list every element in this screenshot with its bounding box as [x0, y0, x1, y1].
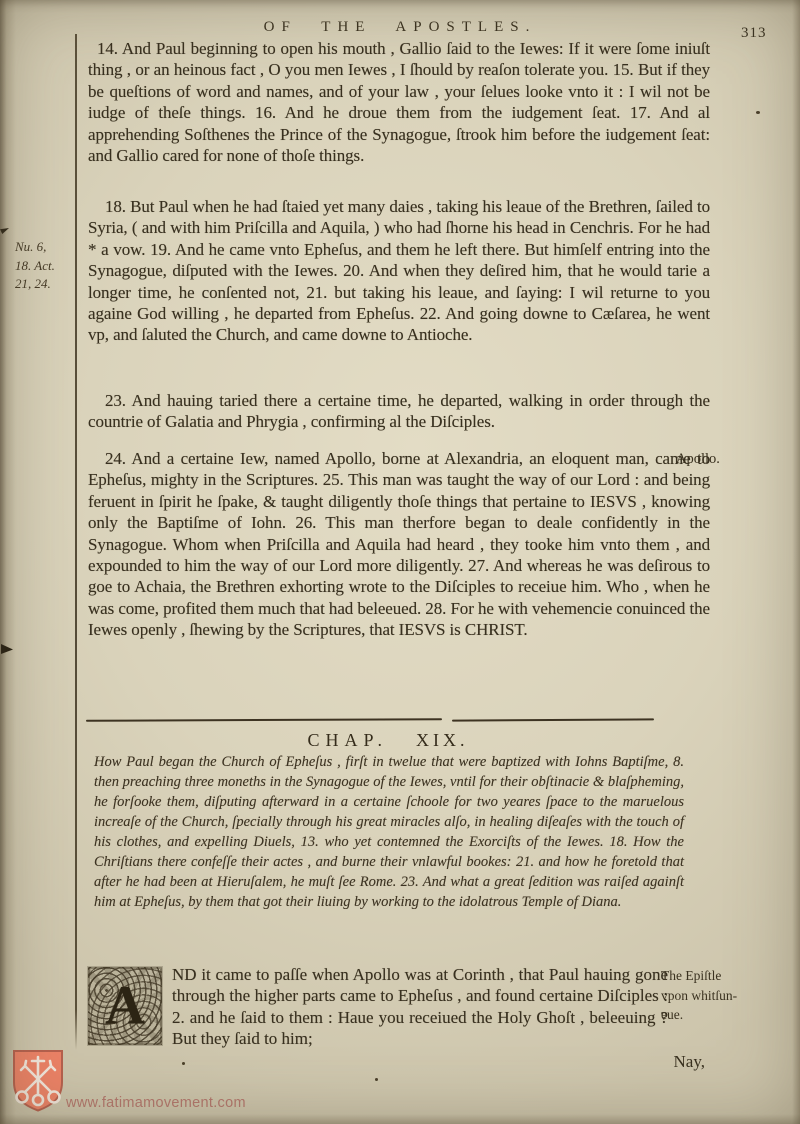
margin-ref-line: 18. Act.	[15, 257, 73, 276]
section-rule-right	[452, 718, 654, 721]
margin-note-epistle: The Epiſtle vpon whitſun- eue.	[661, 966, 797, 1025]
verse-paragraph-14-17: 14. And Paul beginning to open his mouth…	[88, 38, 710, 166]
chapter-heading-number: XIX.	[416, 730, 469, 750]
verse-paragraph-23: 23. And hauing taried there a certaine t…	[88, 390, 710, 433]
margin-epistle-line: The Epiſtle	[661, 966, 797, 986]
margin-epistle-line: vpon whitſun-	[661, 986, 797, 1006]
chapter-argument: How Paul began the Church of Epheſus , f…	[94, 752, 684, 912]
ink-speck	[375, 1078, 378, 1081]
scanned-book-page: OF THE APOSTLES. 313 Nu. 6, 18. Act. 21,…	[0, 0, 800, 1124]
opening-text: ND it came to paſſe when Apollo was at C…	[172, 965, 668, 1048]
margin-ref-line: 21, 24.	[15, 275, 73, 294]
margin-note-apollo: Apollo.	[676, 451, 720, 468]
ink-speck	[756, 111, 760, 114]
scan-edge-left	[0, 0, 16, 1124]
crossed-keys-shield-icon	[11, 1048, 65, 1114]
page-number: 313	[741, 25, 767, 42]
verse-paragraph-24-28: 24. And a certaine Iew, named Apollo, bo…	[88, 448, 710, 641]
column-rule	[75, 34, 77, 1050]
catchword: Nay,	[555, 1052, 705, 1072]
chapter-heading: CHAP.XIX.	[88, 730, 688, 751]
watermark-url: www.fatimamovement.com	[66, 1095, 246, 1111]
running-title: OF THE APOSTLES.	[0, 19, 800, 36]
margin-ref-line: Nu. 6,	[15, 238, 73, 257]
scan-edge-bottom	[0, 1114, 800, 1124]
ink-speck	[182, 1062, 185, 1065]
scan-edge-right	[792, 0, 800, 1124]
margin-epistle-line: eue.	[661, 1005, 797, 1025]
decorated-initial-A: A	[88, 967, 162, 1045]
chapter-opening-paragraph: A ND it came to paſſe when Apollo was at…	[88, 964, 668, 1050]
dropcap-letter: A	[105, 994, 145, 1015]
chapter-heading-word: CHAP.	[307, 730, 388, 750]
section-rule-left	[86, 718, 442, 722]
margin-note-scripture-ref: Nu. 6, 18. Act. 21, 24.	[15, 238, 73, 294]
verse-paragraph-18-22: 18. But Paul when he had ſtaied yet many…	[88, 196, 710, 346]
